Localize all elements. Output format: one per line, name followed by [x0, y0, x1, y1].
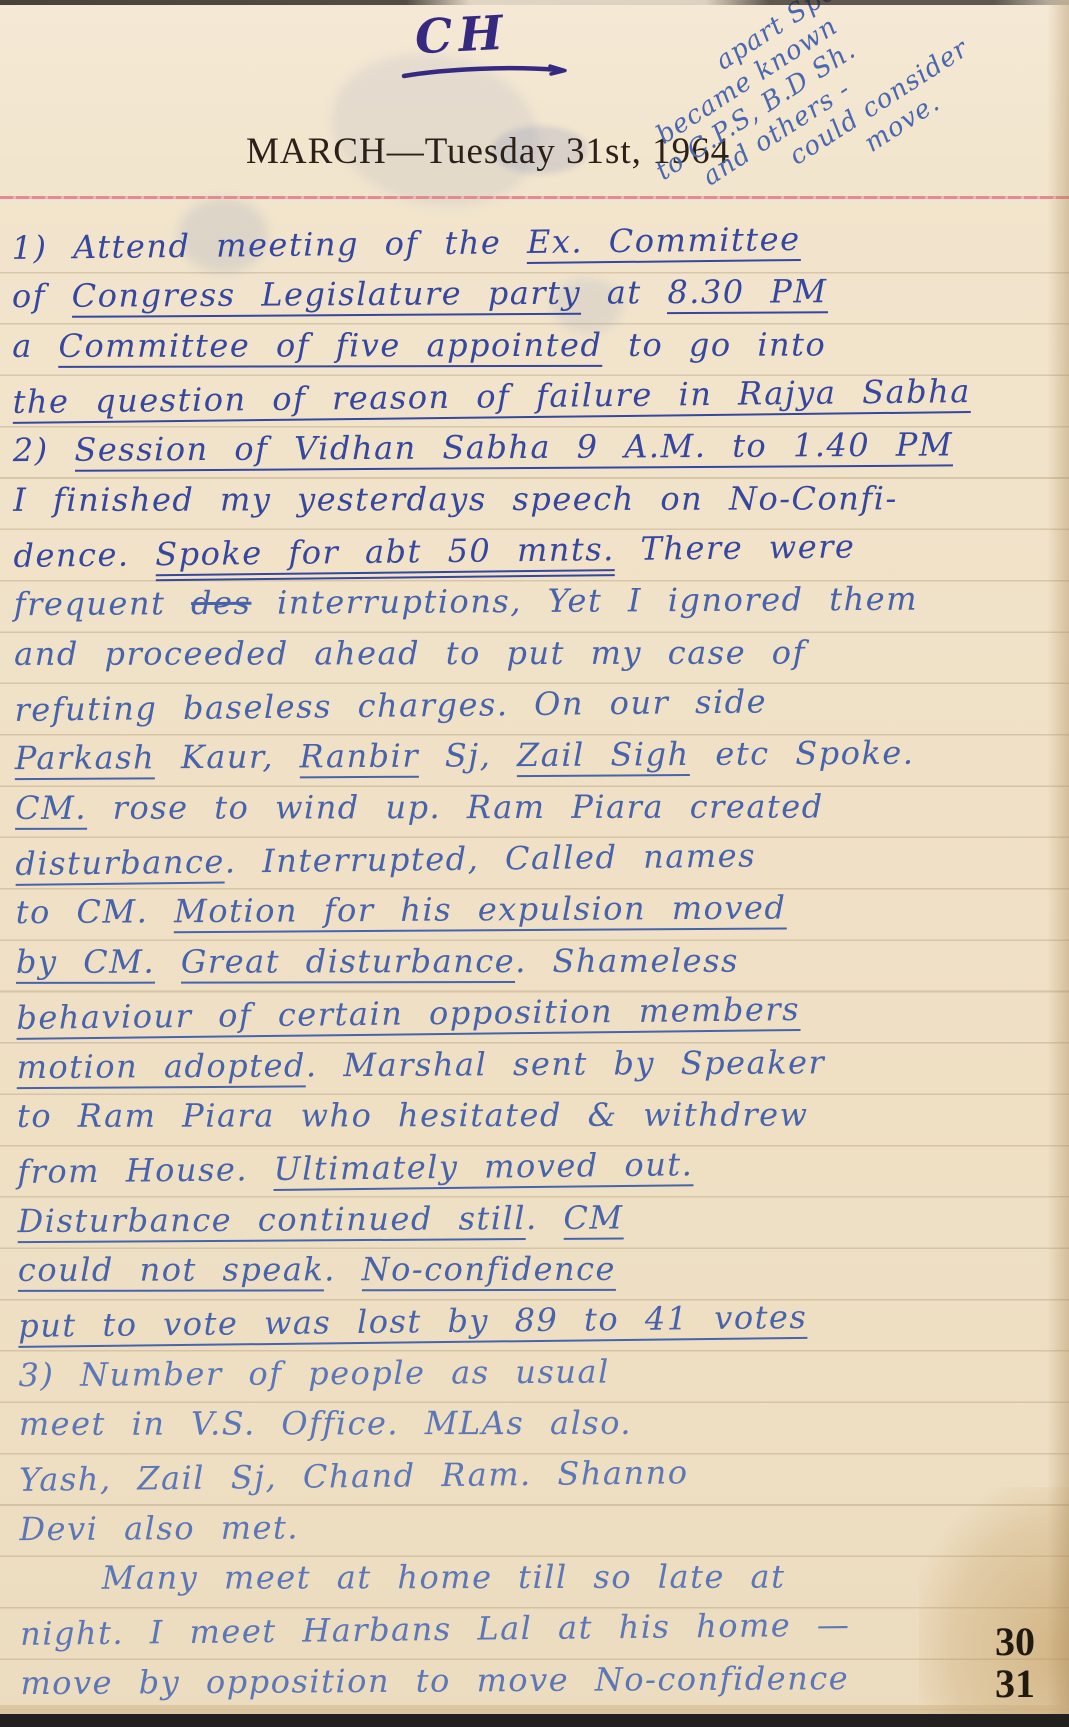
underlined-text: behaviour of certain opposition members [16, 990, 800, 1040]
underline-flourish-icon [400, 62, 578, 84]
handwritten-text: Devi also met. [19, 1508, 299, 1548]
underlined-text: Zail Sigh [517, 735, 690, 777]
underlined-text: CM [563, 1198, 623, 1239]
handwritten-text: . Interrupted, Called names [225, 837, 757, 881]
double-underlined-text: Spoke for abt 50 mnts. [155, 530, 615, 581]
handwritten-text [155, 942, 181, 980]
entry-line: Many meet at home till so late at [20, 1551, 1056, 1604]
entry-line: to CM. Motion for his expulsion moved [16, 881, 1052, 939]
diary-entry: 1) Attend meeting of the Ex. Committeeof… [11, 214, 1056, 1709]
underlined-text: Ex. Committee [527, 220, 801, 264]
entry-line: refuting baseless charges. On our side [14, 673, 1051, 736]
entry-line: of Congress Legislature party at 8.30 PM [12, 265, 1048, 323]
underlined-text: 8.30 PM [667, 273, 827, 315]
handwritten-text: . [324, 1250, 361, 1288]
entry-line: I finished my yesterdays speech on No-Co… [13, 473, 1049, 526]
handwritten-text: . [526, 1198, 564, 1236]
entry-line: Parkash Kaur, Ranbir Sj, Zail Sigh etc S… [15, 727, 1051, 785]
page-number-bottom: 31 [995, 1664, 1035, 1704]
handwritten-text: 2) [13, 431, 75, 469]
underlined-text: motion adopted [17, 1046, 307, 1089]
handwritten-text: I finished my yesterdays speech on No-Co… [13, 479, 898, 519]
handwritten-text: refuting baseless charges. On our side [14, 682, 767, 729]
entry-line: Disturbance continued still. CM [17, 1189, 1053, 1247]
underlined-text: Great disturbance [181, 942, 515, 984]
handwritten-text: Yash, Zail Sj, Chand Ram. Shanno [19, 1454, 689, 1500]
handwritten-text: meet in V.S. Office. MLAs also. [19, 1404, 632, 1443]
underlined-text: Parkash [15, 739, 156, 781]
handwritten-text: 1) Attend meeting of the [11, 223, 527, 267]
handwritten-text: 3) Number of people as usual [18, 1352, 610, 1394]
handwritten-text: . Marshal sent by Speaker [306, 1043, 826, 1084]
underlined-text: Disturbance continued still [17, 1199, 526, 1243]
entry-line: could not speak. No-confidence [18, 1243, 1054, 1296]
entry-line: behaviour of certain opposition members [16, 981, 1053, 1044]
underlined-text: put to vote was lost by 89 to 41 votes [18, 1298, 808, 1348]
entry-line: move by opposition to move No-confidence [20, 1651, 1056, 1709]
underlined-text: Ranbir [299, 737, 419, 779]
handwritten-text: dence. [13, 535, 155, 575]
entry-line: a Committee of five appointed to go into [12, 319, 1048, 372]
handwritten-text: at [581, 274, 668, 313]
handwritten-text: Sj, [419, 737, 517, 776]
scan-top-edge [0, 0, 1069, 5]
handwritten-text: etc Spoke. [690, 734, 915, 773]
entry-line: and proceeded ahead to put my case of [14, 627, 1050, 680]
handwritten-text: . Shameless [515, 941, 739, 979]
handwritten-text: from House. [17, 1150, 274, 1191]
handwritten-text: night. I meet Harbans Lal at his home — [20, 1606, 851, 1653]
diary-page: CH MARCH—Tuesday 31st, 1964 apart Speake… [0, 0, 1069, 1727]
page-bottom-edge [0, 1705, 1069, 1714]
page-right-edge [1047, 0, 1069, 1727]
struck-text: des [191, 584, 252, 622]
underlined-text: CM. [15, 789, 87, 830]
entry-line: motion adopted. Marshal sent by Speaker [16, 1035, 1052, 1093]
scan-bottom-edge [0, 1714, 1069, 1727]
underlined-text: Congress Legislature party [72, 274, 582, 318]
entry-line: night. I meet Harbans Lal at his home — [20, 1597, 1057, 1660]
entry-line: Yash, Zail Sj, Chand Ram. Shanno [19, 1443, 1056, 1506]
monogram-initials: CH [414, 6, 511, 66]
red-rule [0, 196, 1069, 199]
handwritten-text: move by opposition to move No-confidence [20, 1659, 849, 1702]
entry-line: dence. Spoke for abt 50 mnts. There were [13, 519, 1050, 582]
handwritten-text: to go into [602, 325, 826, 363]
entry-line: 1) Attend meeting of the Ex. Committee [11, 211, 1048, 274]
entry-line: frequent des interruptions, Yet I ignore… [14, 573, 1050, 631]
handwritten-text: frequent [14, 584, 191, 623]
underlined-text: by CM. [16, 942, 155, 983]
handwritten-text: a [12, 327, 58, 365]
handwritten-text: rose to wind up. Ram Piara created [87, 787, 824, 826]
handwritten-text: There were [615, 527, 856, 568]
underlined-text: Ultimately moved out. [273, 1145, 693, 1191]
handwritten-text: Kaur, [155, 738, 300, 777]
underlined-text: No-confidence [362, 1250, 616, 1291]
page-number-top: 30 [995, 1622, 1035, 1662]
entry-line: by CM. Great disturbance. Shameless [16, 935, 1052, 988]
handwritten-text: Many meet at home till so late at [102, 1557, 786, 1596]
underlined-text: disturbance [15, 843, 225, 886]
entry-line: the question of reason of failure in Raj… [12, 365, 1049, 428]
underlined-text: Motion for his expulsion moved [174, 889, 787, 934]
underlined-text: the question of reason of failure in Raj… [12, 372, 971, 424]
entry-line: meet in V.S. Office. MLAs also. [19, 1397, 1055, 1450]
entry-line: 3) Number of people as usual [18, 1343, 1054, 1401]
handwritten-text: of [12, 277, 72, 315]
handwritten-text: to CM. [16, 893, 175, 932]
entry-line: Devi also met. [19, 1497, 1055, 1555]
entry-line: CM. rose to wind up. Ram Piara created [15, 781, 1051, 834]
handwritten-text: and proceeded ahead to put my case of [14, 633, 806, 672]
entry-line: 2) Session of Vidhan Sabha 9 A.M. to 1.4… [13, 419, 1049, 477]
entry-line: from House. Ultimately moved out. [17, 1135, 1054, 1198]
handwritten-text: to Ram Piara who hesitated & withdrew [17, 1095, 809, 1134]
entry-line: disturbance. Interrupted, Called names [15, 827, 1052, 890]
entry-line: to Ram Piara who hesitated & withdrew [17, 1089, 1053, 1142]
underlined-text: Committee of five appointed [58, 326, 602, 368]
underlined-text: could not speak [18, 1250, 324, 1292]
handwritten-text: interruptions, Yet I ignored them [251, 580, 918, 622]
entry-line: put to vote was lost by 89 to 41 votes [18, 1289, 1055, 1352]
underlined-text: Session of Vidhan Sabha 9 A.M. to 1.40 P… [74, 426, 953, 472]
